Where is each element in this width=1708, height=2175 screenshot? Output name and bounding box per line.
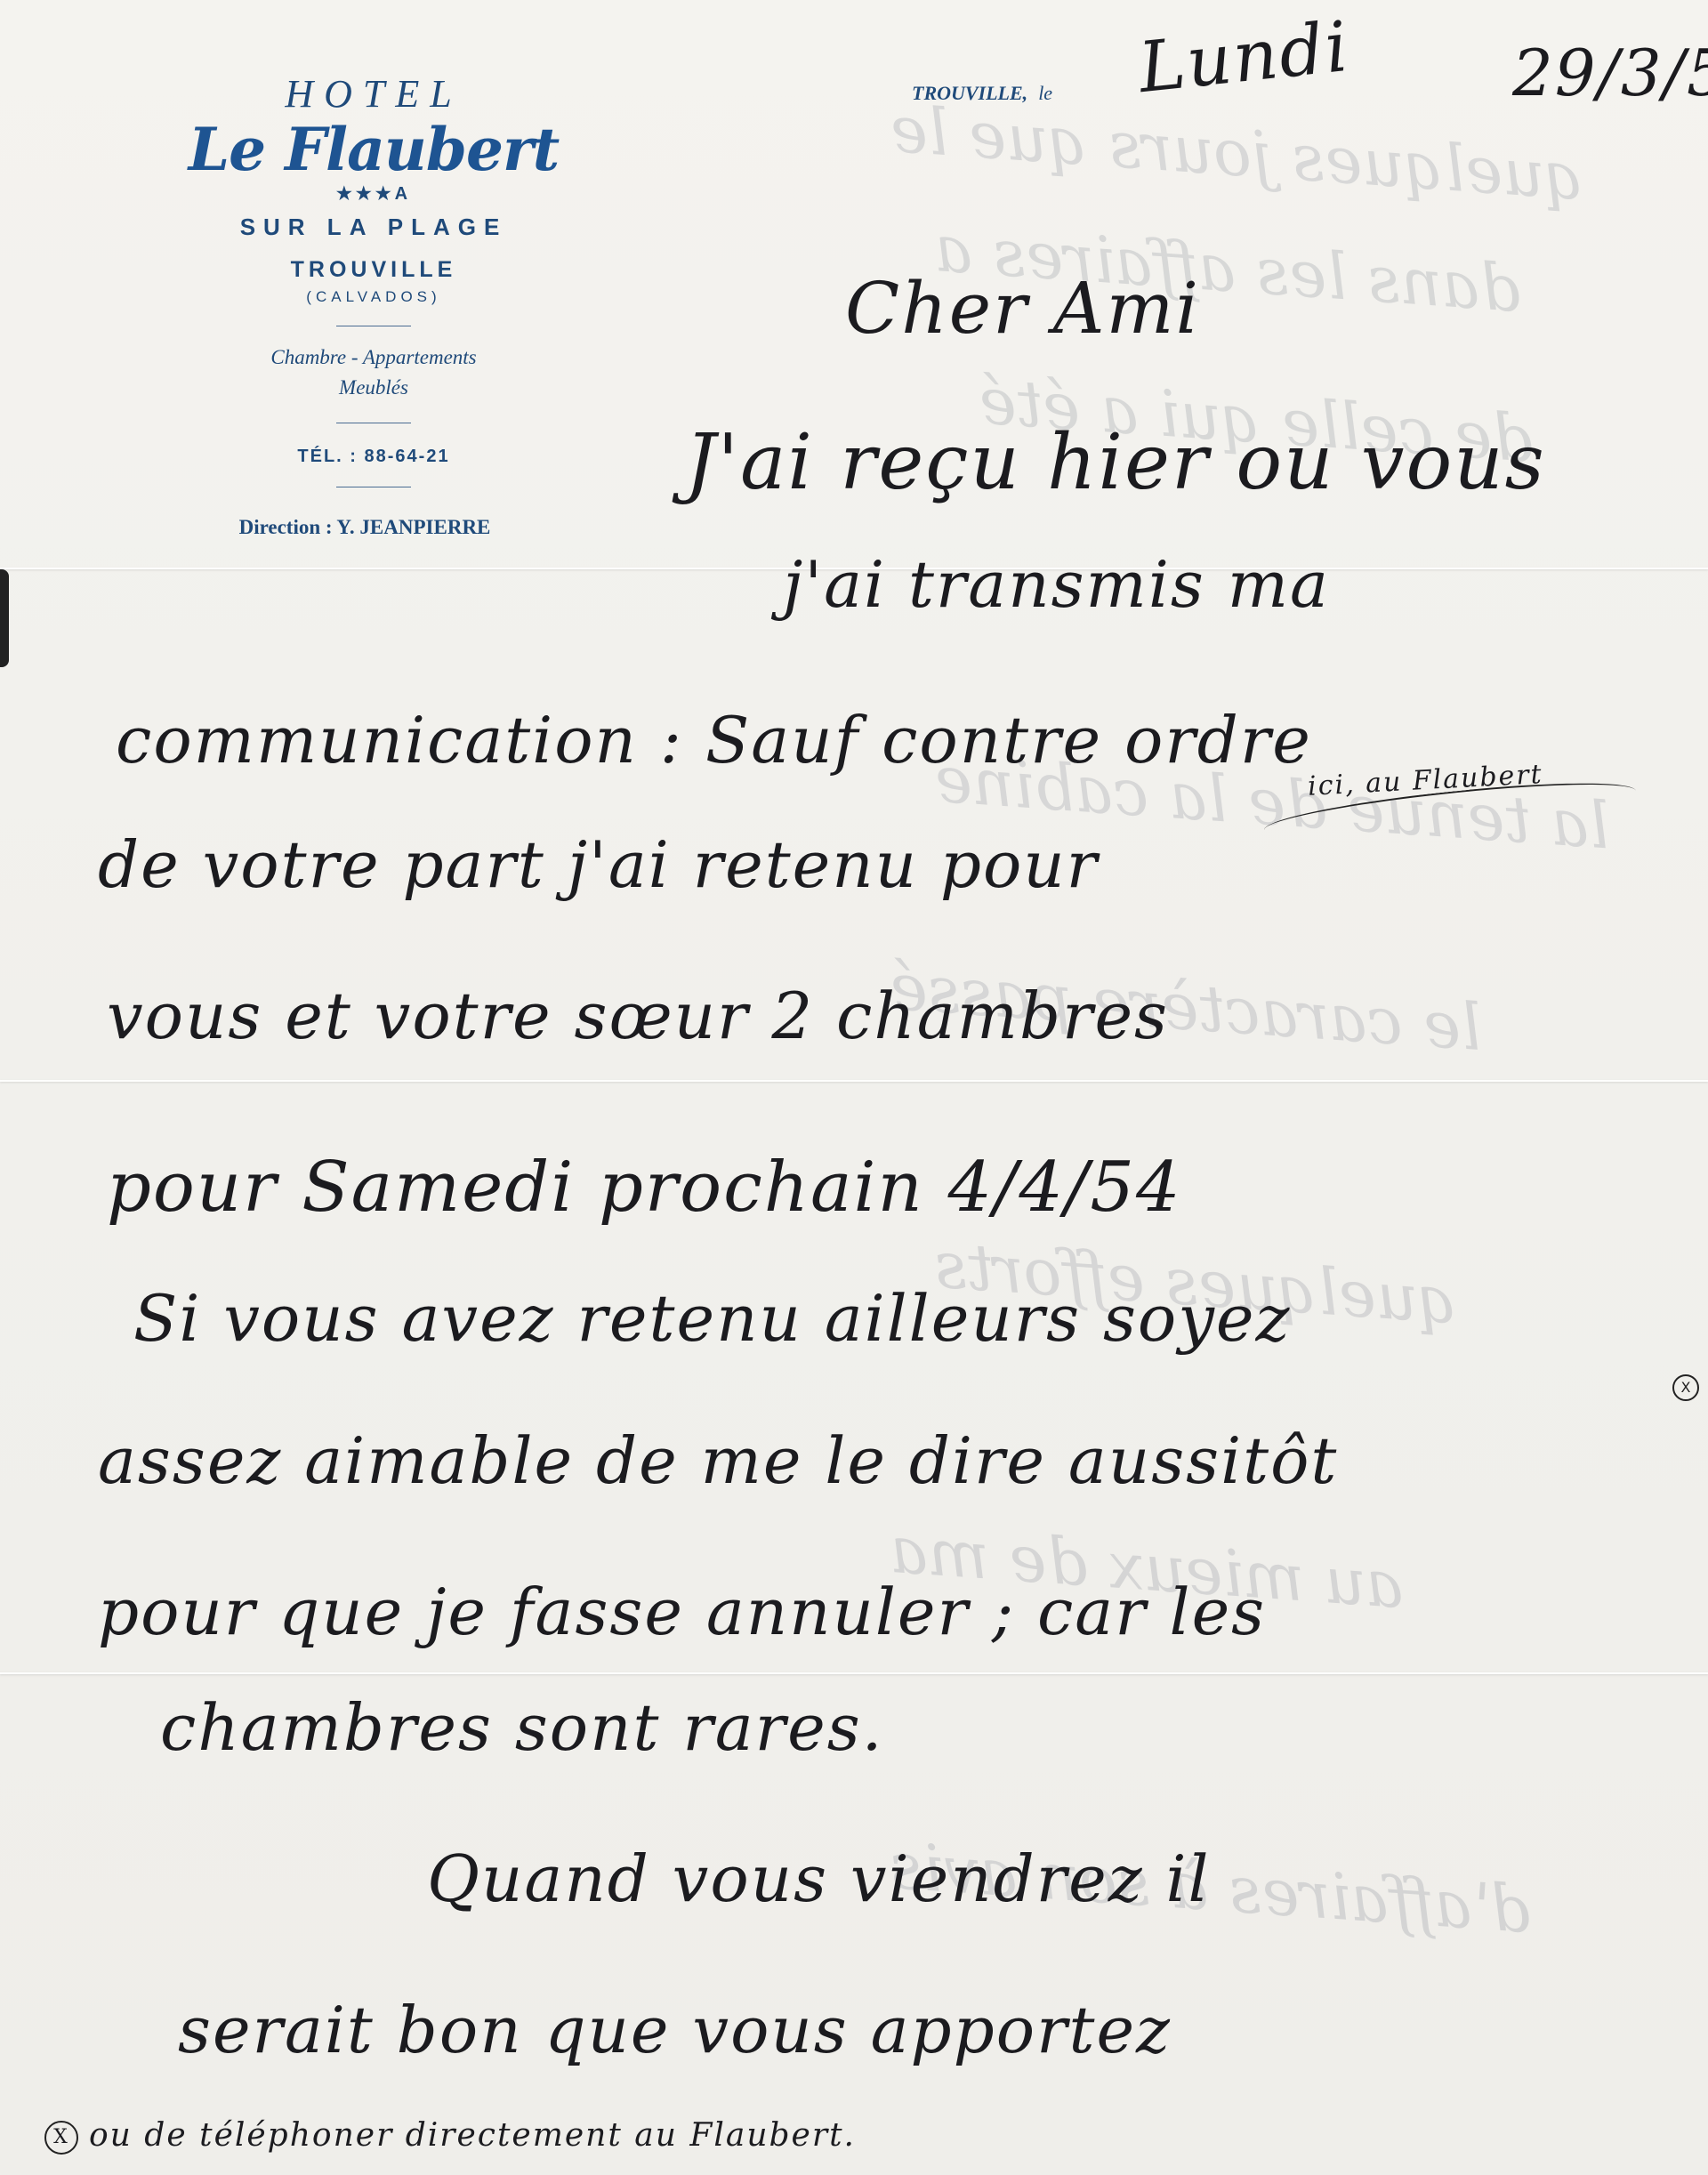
letter-line: assez aimable de me le dire aussitôt (98, 1423, 1338, 1498)
paper-fold (0, 1080, 1708, 1082)
divider (336, 326, 411, 326)
dateline-town: TROUVILLE, (912, 82, 1027, 104)
divider (336, 423, 411, 423)
letter-line: pour Samedi prochain 4/4/54 (107, 1148, 1182, 1228)
letterhead-department: (CALVADOS) (178, 288, 569, 306)
letter-line: pour que je fasse annuler ; car les (98, 1575, 1266, 1649)
dateline-le: le (1038, 82, 1052, 104)
letterhead-tagline: SUR LA PLAGE (178, 213, 569, 241)
letter-line: Si vous avez retenu ailleurs soyez (133, 1281, 1291, 1356)
letter-line: serait bon que vous apportez (178, 1993, 1172, 2067)
rooms-line-1: Chambre - Appartements (178, 342, 569, 373)
footnote: Xou de téléphoner directement au Flauber… (44, 2117, 856, 2155)
dateline-date: 29/3/54 (1512, 36, 1708, 110)
letter-line: j'ai transmis ma (783, 547, 1330, 622)
binder-ring (0, 569, 9, 667)
letter-line: vous et votre sœur 2 chambres (107, 979, 1169, 1053)
letter-line: chambres sont rares. (160, 1690, 884, 1765)
rooms-line-2: Meublés (178, 373, 569, 403)
footnote-marker: X (44, 2121, 78, 2155)
letterhead-rating: ★★★A (178, 182, 569, 205)
letterhead-direction: Direction : Y. JEANPIERRE (160, 516, 569, 539)
hotel-letterhead: HOTEL Le Flaubert ★★★A SUR LA PLAGE TROU… (178, 71, 569, 539)
divider (336, 487, 411, 487)
letter-line: de votre part j'ai retenu pour (98, 827, 1099, 902)
letterhead-hotel-name: Le Flaubert (178, 115, 569, 184)
letterhead-telephone: TÉL. : 88-64-21 (178, 447, 569, 467)
salutation: Cher Ami (845, 267, 1200, 350)
dateline-place: TROUVILLE,le (912, 82, 1052, 105)
footnote-reference-mark: X (1672, 1374, 1699, 1401)
letterhead-town: TROUVILLE (178, 257, 569, 283)
footnote-text: ou de téléphoner directement au Flaubert… (89, 2117, 856, 2154)
letter-line: communication : Sauf contre ordre (116, 703, 1312, 777)
paper-fold (0, 1672, 1708, 1674)
letterhead-hotel: HOTEL (178, 71, 569, 117)
letterhead-rooms: Chambre - Appartements Meublés (178, 342, 569, 403)
letter-line: Quand vous viendrez il (427, 1841, 1211, 1916)
letter-line: J'ai reçu hier ou vous (685, 418, 1546, 507)
